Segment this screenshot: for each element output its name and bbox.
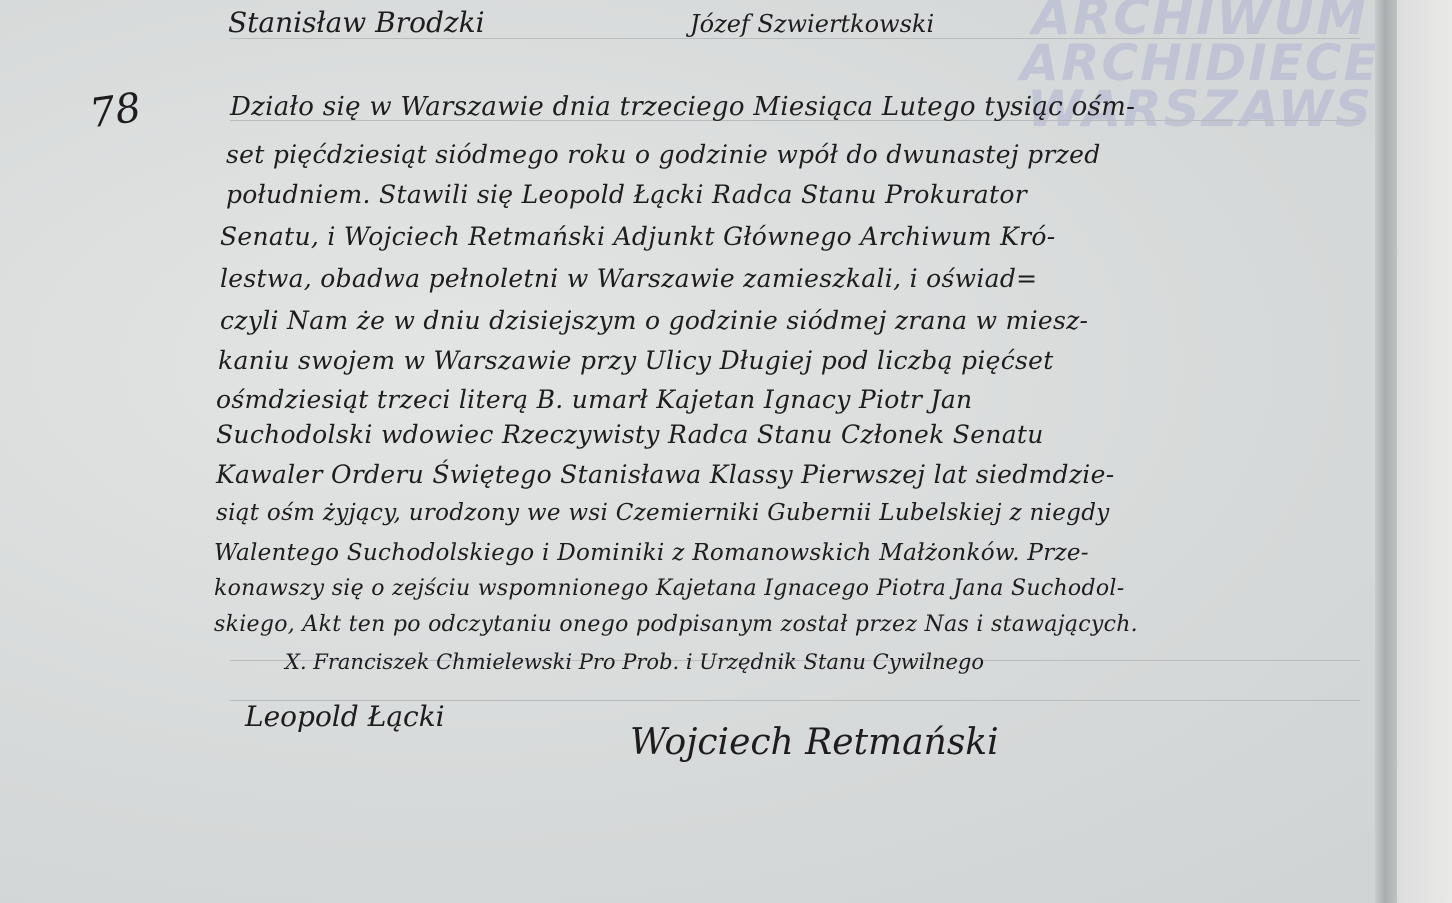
record-line-1: Działo się w Warszawie dnia trzeciego Mi… (230, 92, 1135, 122)
record-line-8: ośmdziesiąt trzeci literą B. umarł Kajet… (216, 385, 972, 414)
entry-number: 78 (87, 85, 144, 138)
record-line-12: Walentego Suchodolskiego i Dominiki z Ro… (214, 540, 1089, 566)
record-line-14: skiego, Akt ten po odczytaniu onego podp… (214, 612, 1138, 637)
record-line-7: kaniu swojem w Warszawie przy Ulicy Dług… (218, 346, 1054, 375)
record-line-4: Senatu, i Wojciech Retmański Adjunkt Głó… (220, 222, 1056, 251)
previous-signature-2: Józef Szwiertkowski (690, 10, 934, 38)
priest-signature: X. Franciszek Chmielewski Pro Prob. i Ur… (285, 650, 984, 674)
watermark-line-2: ARCHIDIECE (920, 40, 1452, 86)
record-line-6: czyli Nam że w dniu dzisiejszym o godzin… (220, 306, 1088, 335)
record-line-13: konawszy się o zejściu wspomnionego Kaje… (214, 576, 1124, 601)
watermark-line-1: ARCHIWUM (920, 0, 1452, 40)
record-line-9: Suchodolski wdowiec Rzeczywisty Radca St… (216, 420, 1044, 449)
record-line-11: siąt ośm żyjący, urodzony we wsi Czemier… (216, 500, 1110, 526)
witness-signature-1: Leopold Łącki (245, 700, 445, 733)
record-line-2: set pięćdziesiąt siódmego roku o godzini… (226, 140, 1101, 169)
facing-page-edge (1397, 0, 1452, 903)
book-gutter (1375, 0, 1397, 903)
scanned-register-page: ARCHIWUM ARCHIDIECE WARSZAWS Stanisław B… (0, 0, 1452, 903)
record-line-3: południem. Stawili się Leopold Łącki Rad… (226, 180, 1027, 209)
record-line-5: lestwa, obadwa pełnoletni w Warszawie za… (220, 264, 1037, 293)
previous-signature-1: Stanisław Brodzki (228, 6, 485, 39)
witness-signature-2: Wojciech Retmański (630, 722, 999, 763)
record-line-10: Kawaler Orderu Świętego Stanisława Klass… (216, 460, 1114, 489)
